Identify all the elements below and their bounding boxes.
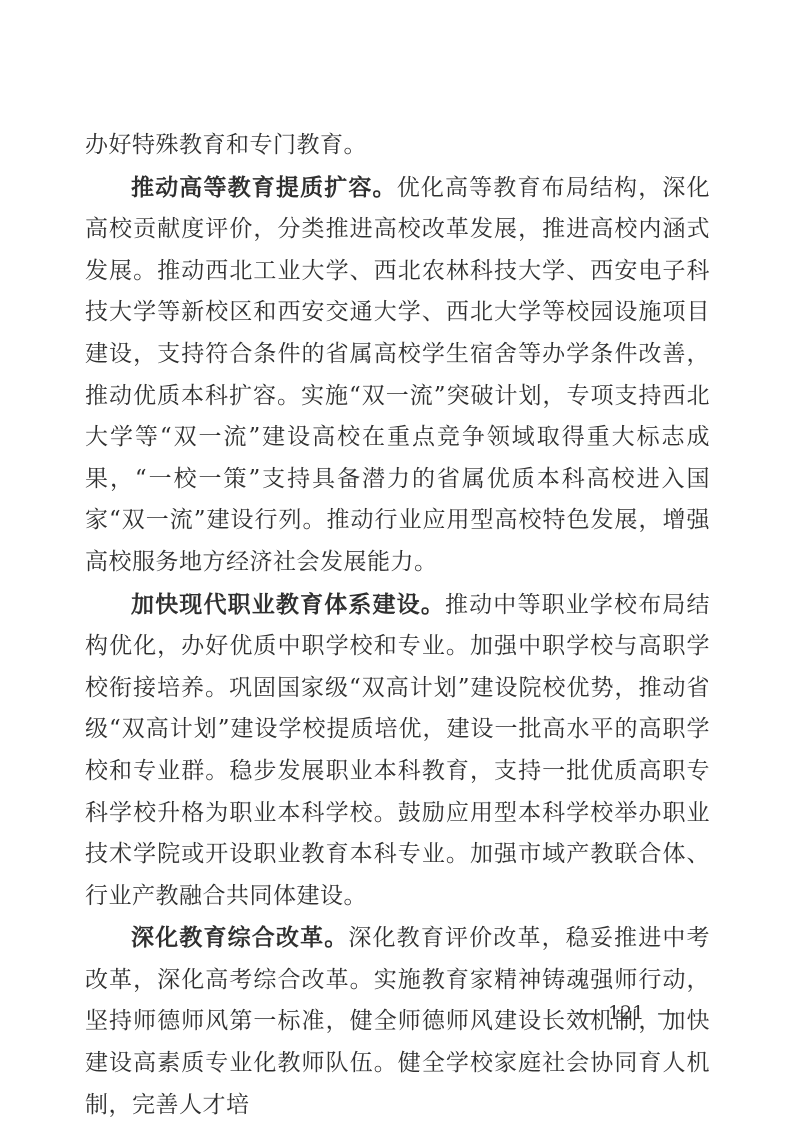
page-number-left-dash: — <box>576 1002 595 1024</box>
paragraph-text: 推动中等职业学校布局结构优化，办好优质中职学校和专业。加强中职学校与高职学校衔接… <box>85 592 710 909</box>
paragraph-lead: 加快现代职业教育体系建设。 <box>131 591 445 618</box>
paragraph-higher-education: 推动高等教育提质扩容。优化高等教育布局结构，深化高校贡献度评价，分类推进高校改革… <box>85 167 710 584</box>
document-page: 办好特殊教育和专门教育。 推动高等教育提质扩容。优化高等教育布局结构，深化高校贡… <box>0 0 794 1123</box>
page-number-right-dash: — <box>657 1002 676 1024</box>
page-number: — 121 — <box>576 1002 676 1024</box>
page-number-value: 121 <box>608 1002 644 1024</box>
paragraph-vocational-education: 加快现代职业教育体系建设。推动中等职业学校布局结构优化，办好优质中职学校和专业。… <box>85 584 710 918</box>
paragraph-continuation: 办好特殊教育和专门教育。 <box>85 124 710 167</box>
paragraph-lead: 深化教育综合改革。 <box>131 924 348 951</box>
paragraph-lead: 推动高等教育提质扩容。 <box>131 174 397 201</box>
page-footer: — 121 — <box>0 1002 794 1030</box>
paragraph-text: 办好特殊教育和专门教育。 <box>85 132 367 158</box>
document-body: 办好特殊教育和专门教育。 推动高等教育提质扩容。优化高等教育布局结构，深化高校贡… <box>85 124 710 1123</box>
paragraph-text: 优化高等教育布局结构，深化高校贡献度评价，分类推进高校改革发展，推进高校内涵式发… <box>85 175 710 575</box>
